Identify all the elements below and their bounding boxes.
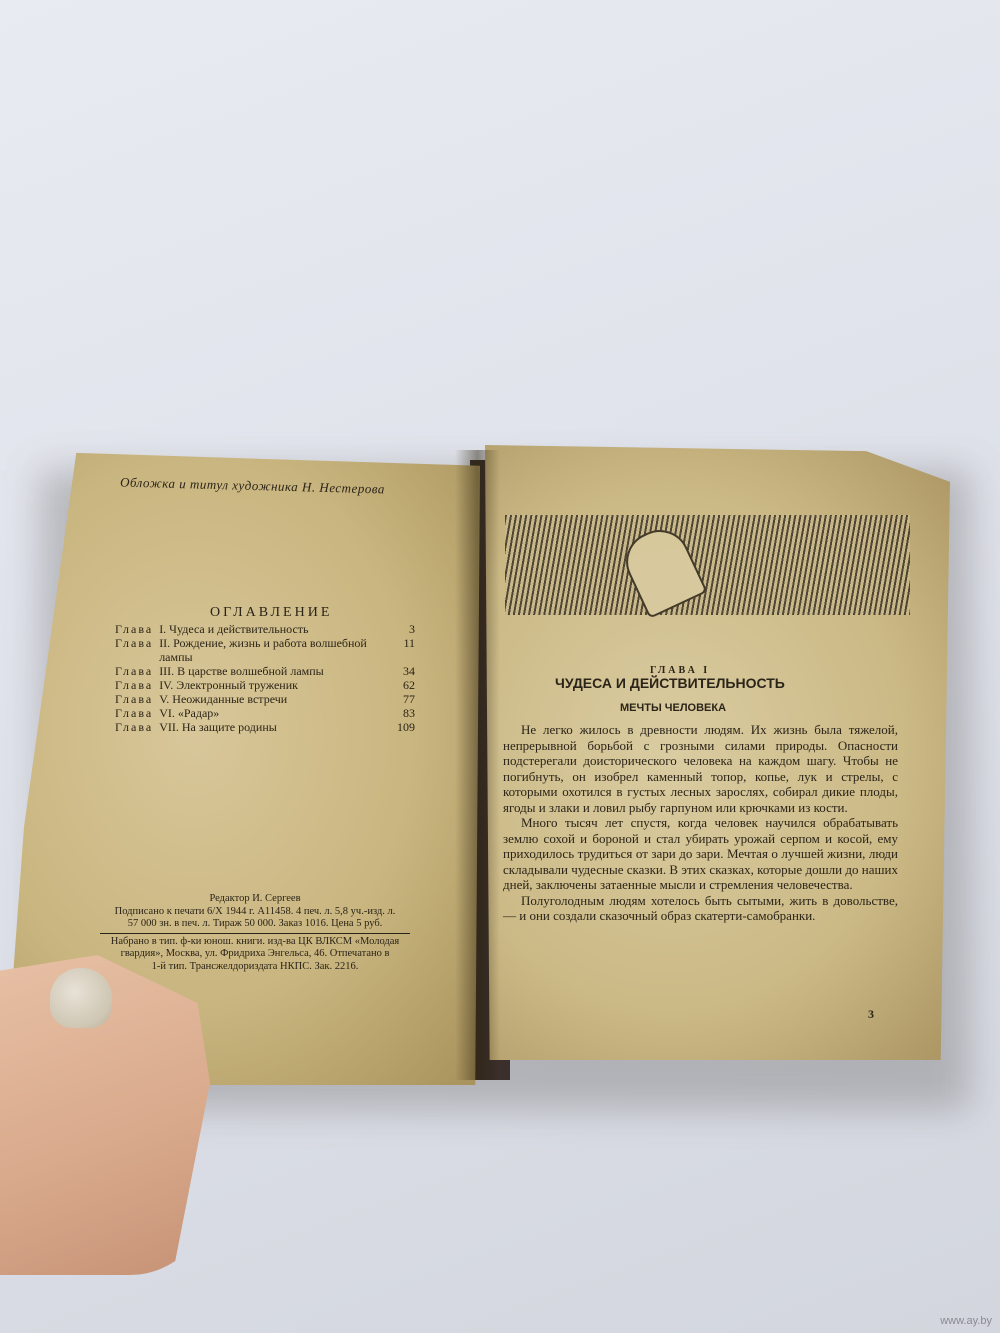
page-number: 3	[868, 1007, 874, 1022]
paragraph: Полуголодным людям хотелось быть сытыми,…	[503, 893, 898, 924]
imprint-line: 1-й тип. Трансжелдориздата НКПС. Зак. 22…	[100, 961, 410, 974]
imprint-editor: Редактор И. Сергеев	[100, 893, 410, 906]
table-of-contents: ГлаваI. Чудеса и действительность3 Глава…	[115, 622, 415, 734]
chapter-illustration	[505, 515, 910, 615]
imprint-divider	[100, 933, 410, 934]
toc-row: ГлаваVI. «Радар»83	[115, 706, 415, 720]
paragraph: Много тысяч лет спустя, когда человек на…	[503, 815, 898, 893]
paragraph: Не легко жилось в древности людям. Их жи…	[503, 722, 898, 815]
chapter-body: Не легко жилось в древности людям. Их жи…	[503, 722, 898, 924]
toc-row: ГлаваII. Рождение, жизнь и работа волшеб…	[115, 636, 415, 664]
toc-row: ГлаваIII. В царстве волшебной лампы34	[115, 664, 415, 678]
imprint-line: 57 000 зн. в печ. л. Тираж 50 000. Заказ…	[100, 918, 410, 931]
imprint: Редактор И. Сергеев Подписано к печати 6…	[100, 893, 410, 973]
thumbnail	[50, 968, 112, 1028]
toc-row: ГлаваIV. Электронный труженик62	[115, 678, 415, 692]
section-title: МЕЧТЫ ЧЕЛОВЕКА	[620, 702, 726, 714]
imprint-line: Подписано к печати 6/X 1944 г. А11458. 4…	[100, 906, 410, 919]
toc-row: ГлаваVII. На защите родины109	[115, 720, 415, 734]
watermark: www.ay.by	[940, 1315, 992, 1327]
vacuum-tube-drawing	[616, 520, 707, 619]
imprint-line: Набрано в тип. ф-ки юнош. книги. изд-ва …	[100, 936, 410, 961]
toc-row: ГлаваI. Чудеса и действительность3	[115, 622, 415, 636]
toc-title: ОГЛАВЛЕНИЕ	[210, 605, 332, 621]
chapter-title: ЧУДЕСА И ДЕЙСТВИТЕЛЬНОСТЬ	[555, 675, 785, 691]
toc-row: ГлаваV. Неожиданные встречи77	[115, 692, 415, 706]
book-gutter	[455, 450, 500, 1080]
